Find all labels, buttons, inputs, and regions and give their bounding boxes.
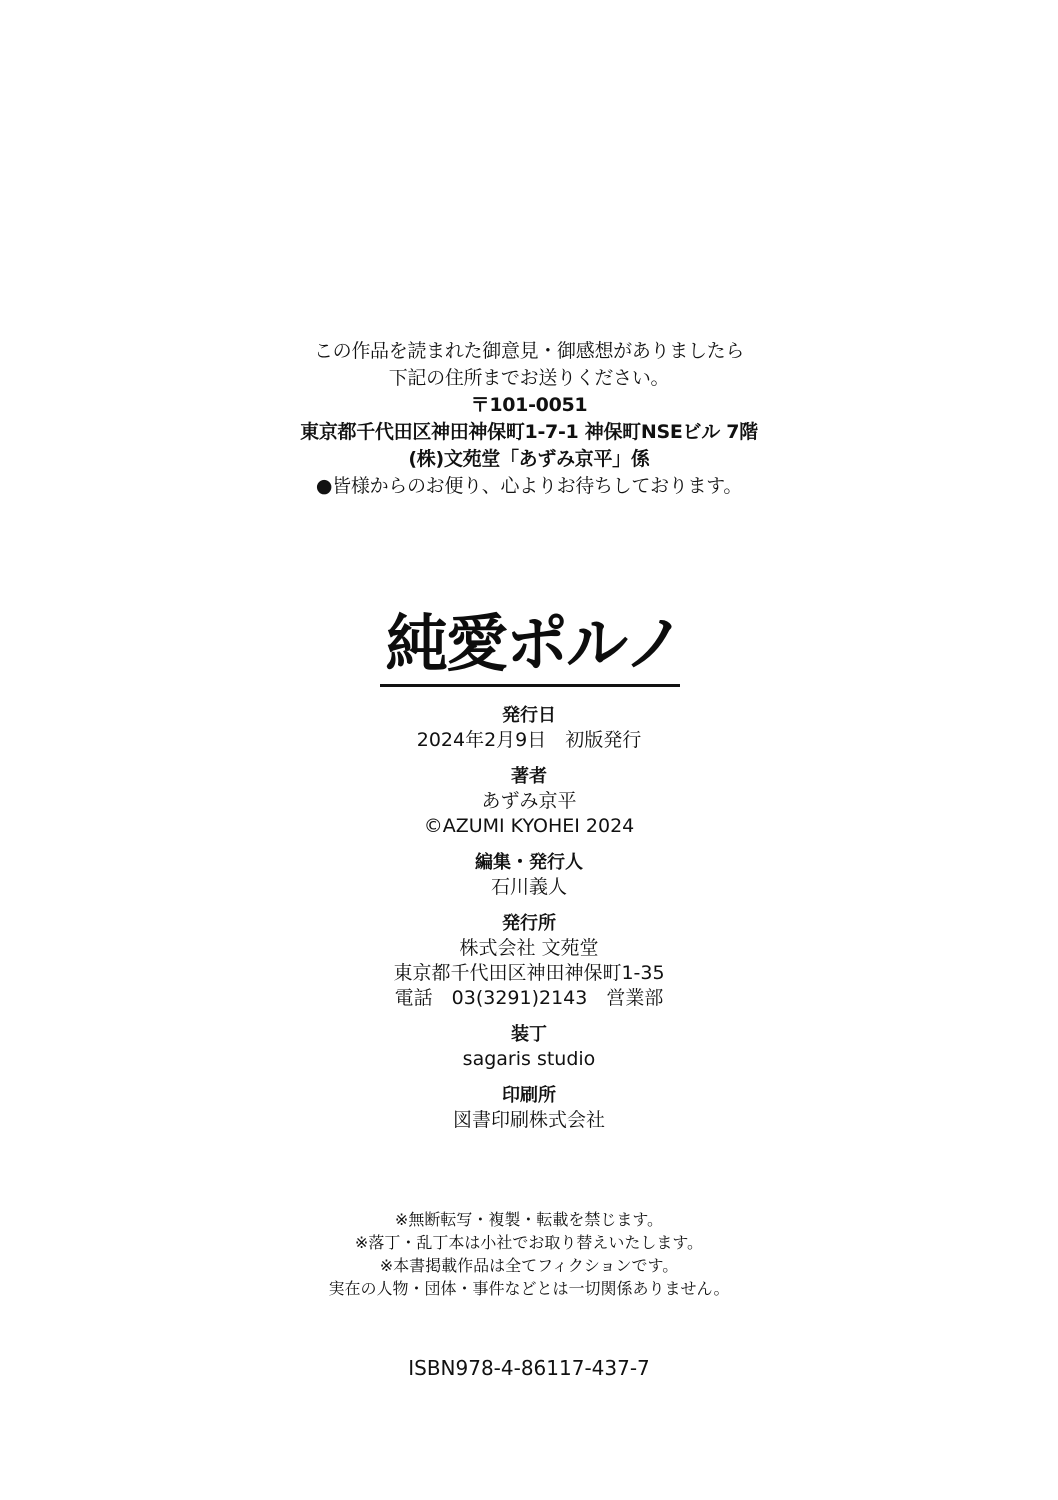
publisher-address: 東京都千代田区神田神保町1-35 — [0, 961, 1058, 986]
notice-line: ※無断転写・複製・転載を禁じます。 — [0, 1208, 1058, 1231]
section-printer: 印刷所 図書印刷株式会社 — [0, 1083, 1058, 1133]
title-underline — [380, 684, 680, 687]
section-publication-date: 発行日 2024年2月9日 初版発行 — [0, 703, 1058, 753]
copyright: ©AZUMI KYOHEI 2024 — [0, 814, 1058, 839]
section-heading: 著者 — [0, 764, 1058, 789]
editor-name: 石川義人 — [0, 875, 1058, 900]
feedback-line: 下記の住所までお送りください。 — [0, 365, 1058, 392]
mailing-address: 東京都千代田区神田神保町1-7-1 神保町NSEビル 7階 — [0, 419, 1058, 446]
section-heading: 編集・発行人 — [0, 850, 1058, 875]
postal-code: 〒101-0051 — [0, 392, 1058, 419]
feedback-line: この作品を読まれた御意見・御感想がありましたら — [0, 338, 1058, 365]
colophon-page: この作品を読まれた御意見・御感想がありましたら 下記の住所までお送りください。 … — [0, 0, 1058, 1500]
isbn: ISBN978-4-86117-437-7 — [0, 1355, 1058, 1381]
section-heading: 発行日 — [0, 703, 1058, 728]
section-design: 装丁 sagaris studio — [0, 1022, 1058, 1072]
notice-line: 実在の人物・団体・事件などとは一切関係ありません。 — [0, 1277, 1058, 1300]
book-title-block: 純愛ポルノ — [380, 608, 680, 688]
printer-name: 図書印刷株式会社 — [0, 1108, 1058, 1133]
publisher-name: 株式会社 文苑堂 — [0, 936, 1058, 961]
section-editor-publisher: 編集・発行人 石川義人 — [0, 850, 1058, 900]
publication-date: 2024年2月9日 初版発行 — [0, 728, 1058, 753]
section-heading: 発行所 — [0, 911, 1058, 936]
publisher-phone: 電話 03(3291)2143 営業部 — [0, 986, 1058, 1011]
author-name: あずみ京平 — [0, 789, 1058, 814]
notice-line: ※落丁・乱丁本は小社でお取り替えいたします。 — [0, 1231, 1058, 1254]
mailing-recipient: (株)文苑堂「あずみ京平」係 — [0, 446, 1058, 473]
section-publishing-house: 発行所 株式会社 文苑堂 東京都千代田区神田神保町1-35 電話 03(3291… — [0, 911, 1058, 1011]
section-heading: 印刷所 — [0, 1083, 1058, 1108]
designer-name: sagaris studio — [0, 1047, 1058, 1072]
notice-line: ※本書掲載作品は全てフィクションです。 — [0, 1254, 1058, 1277]
feedback-closing: ●皆様からのお便り、心よりお待ちしております。 — [0, 473, 1058, 500]
colophon-details: 発行日 2024年2月9日 初版発行 著者 あずみ京平 ©AZUMI KYOHE… — [0, 703, 1058, 1144]
legal-notices: ※無断転写・複製・転載を禁じます。 ※落丁・乱丁本は小社でお取り替えいたします。… — [0, 1208, 1058, 1300]
book-title: 純愛ポルノ — [386, 608, 684, 680]
section-author: 著者 あずみ京平 ©AZUMI KYOHEI 2024 — [0, 764, 1058, 839]
reader-feedback-message: この作品を読まれた御意見・御感想がありましたら 下記の住所までお送りください。 … — [0, 338, 1058, 500]
section-heading: 装丁 — [0, 1022, 1058, 1047]
